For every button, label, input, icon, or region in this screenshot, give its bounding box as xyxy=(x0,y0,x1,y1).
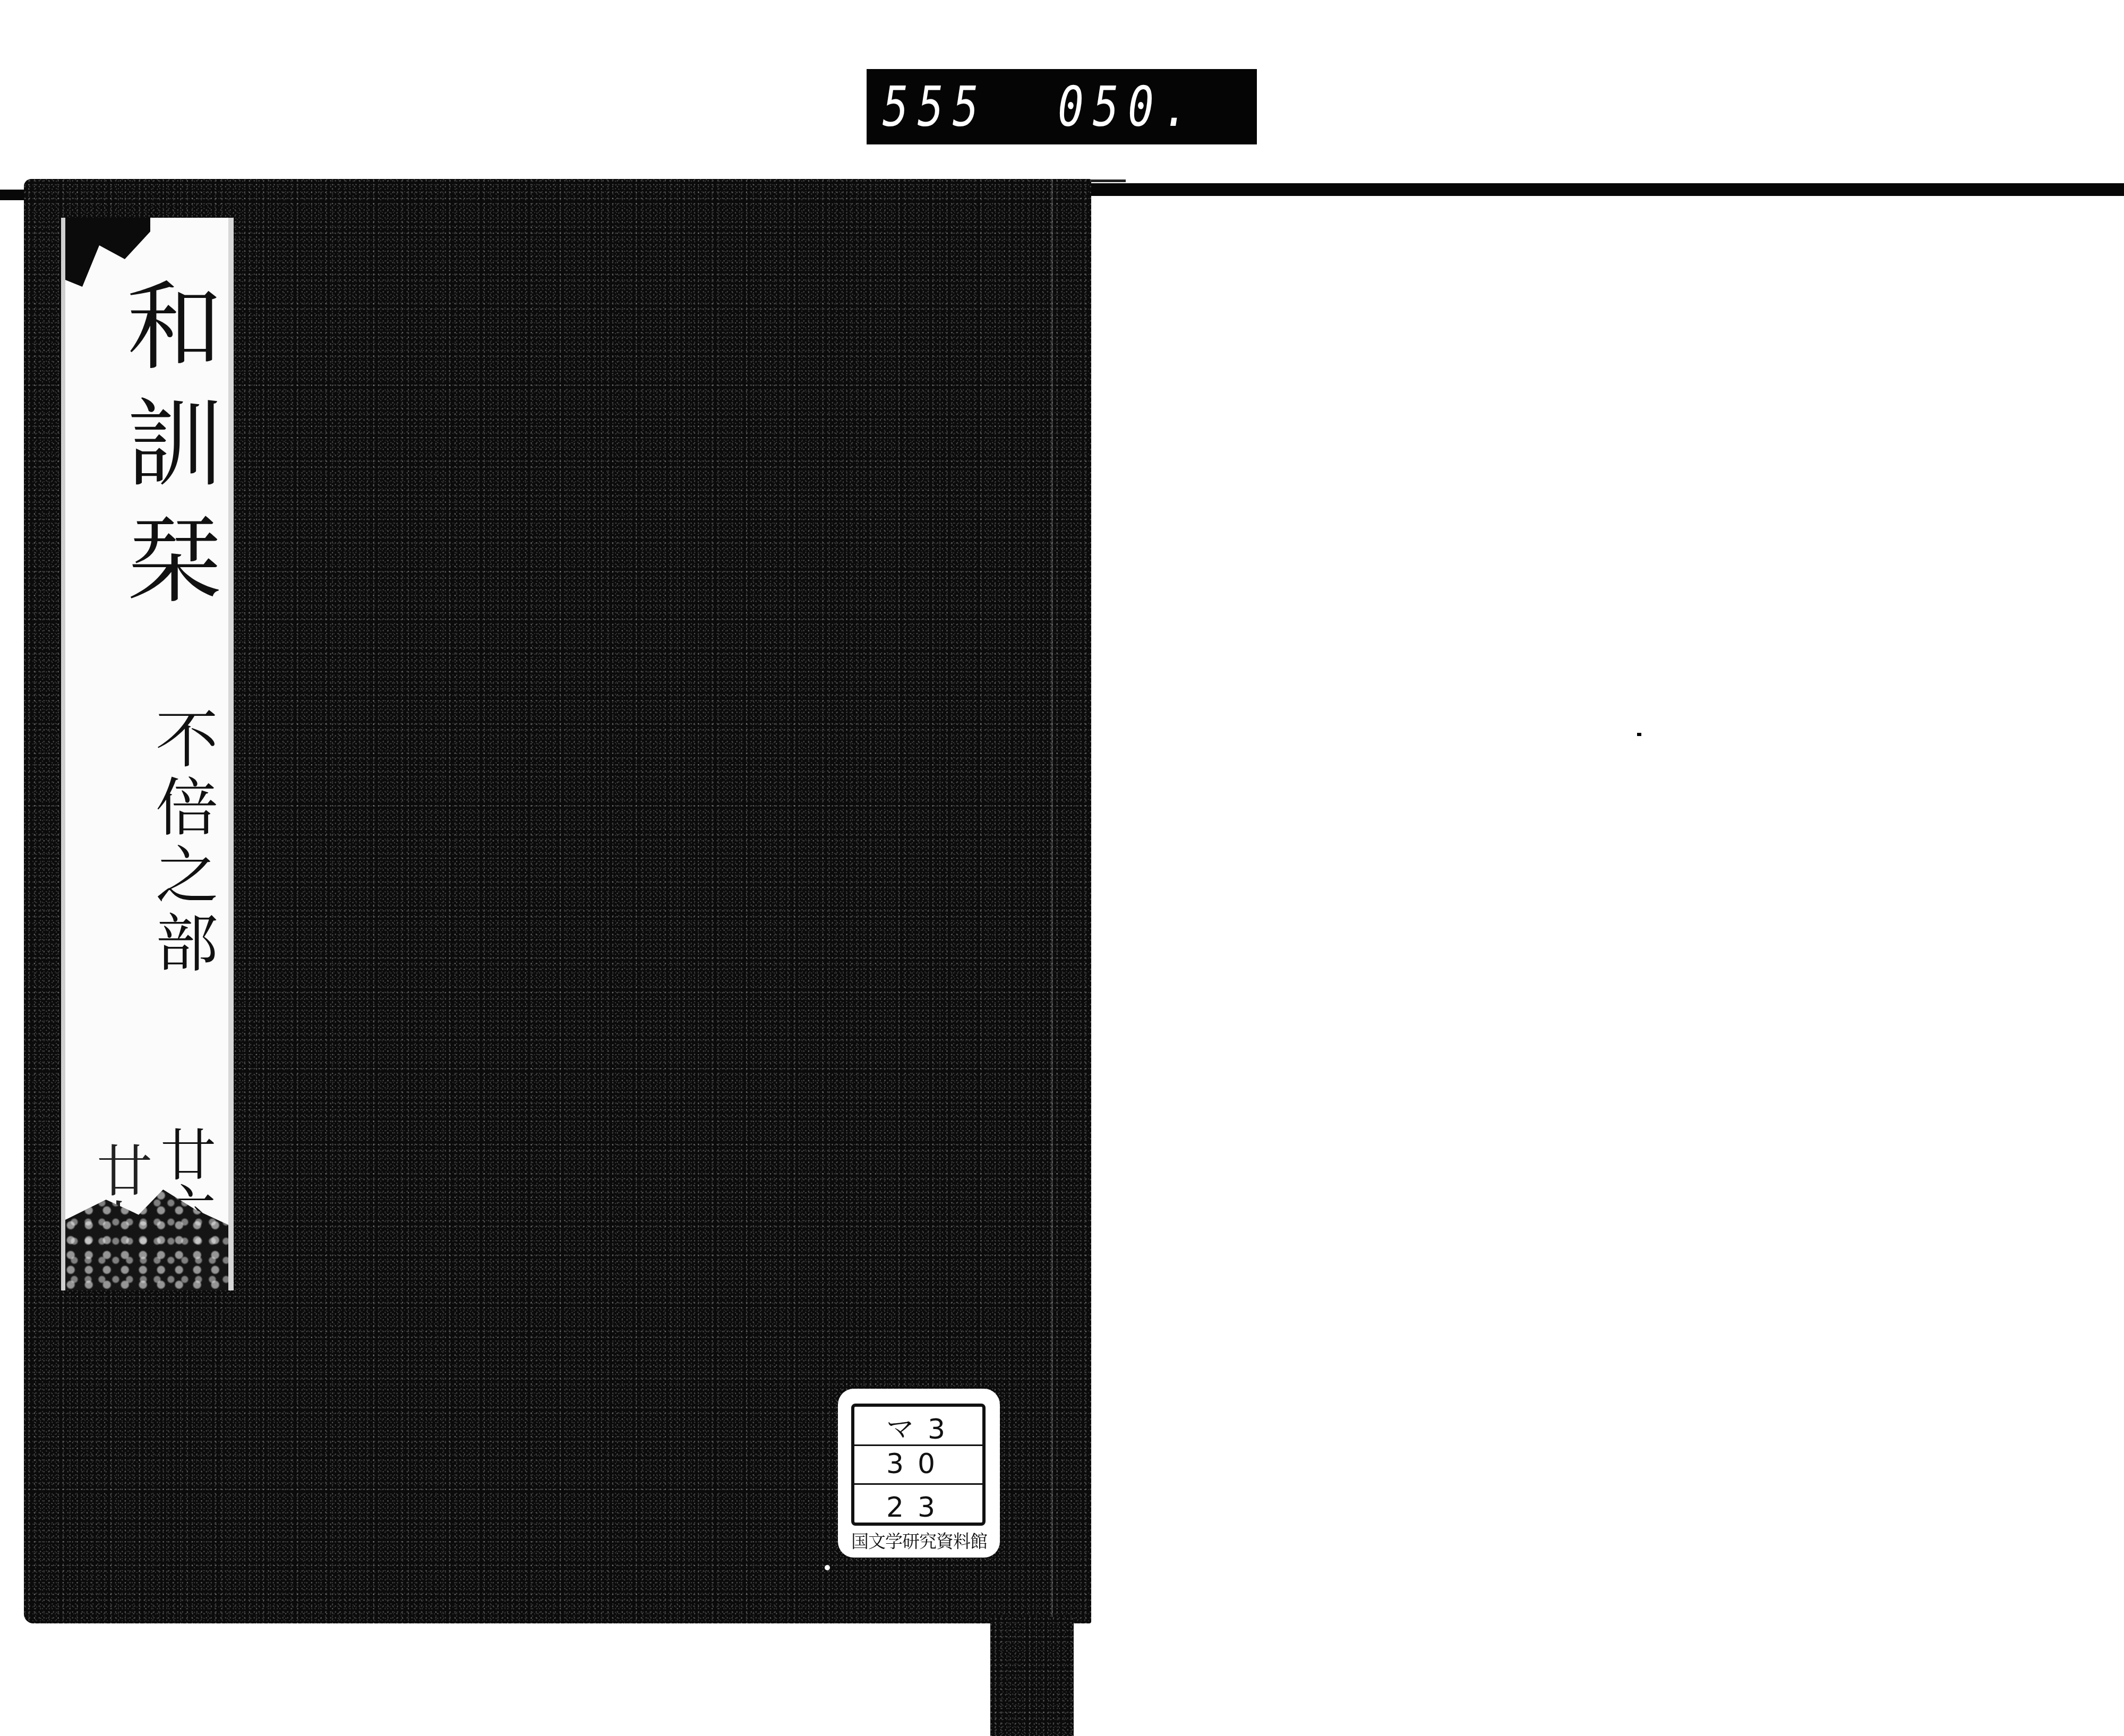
spine-crease xyxy=(1051,179,1053,1623)
call-number-table: マ3 30 23 xyxy=(851,1404,986,1526)
film-edge-rule-right xyxy=(1073,183,2124,196)
section-name: 不倍之部 xyxy=(150,706,213,978)
call-number-row: 30 xyxy=(854,1446,982,1485)
spine-tab xyxy=(990,1617,1074,1736)
library-label: マ3 30 23 国文学研究資料館 xyxy=(838,1389,1000,1558)
reel-number-text: 555 050. xyxy=(883,79,1198,134)
call-number-row: マ3 xyxy=(854,1407,982,1446)
reel-number-label: 555 050. xyxy=(867,69,1257,144)
title-slip: 和訓栞 不倍之部 廿六 廿七 xyxy=(61,218,234,1290)
scan-speck xyxy=(825,1565,830,1570)
library-name: 国文学研究資料館 xyxy=(847,1528,991,1553)
scan-speck xyxy=(1637,733,1641,736)
book-title: 和訓栞 xyxy=(118,276,214,627)
call-number-row: 23 xyxy=(854,1485,982,1523)
